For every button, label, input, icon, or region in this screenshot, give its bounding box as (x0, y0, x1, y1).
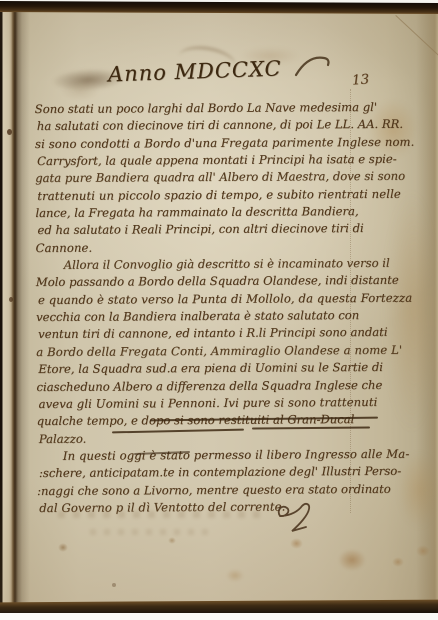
scan-margin-bottom (0, 613, 438, 620)
manuscript-line: Etore, la Squadra sud.a era piena di Uom… (38, 359, 376, 378)
manuscript-line: ventun tiri di cannone, ed intanto i R.l… (38, 324, 376, 343)
binding-gutter (0, 11, 30, 608)
page-title: Anno MDCCXC (108, 56, 309, 87)
manuscript-line: :schere, anticipatam.te in contemplazion… (39, 463, 377, 482)
manuscript-page: Anno MDCCXC 13 Sono stati un poco larghi… (0, 11, 438, 608)
manuscript-line: Molo passando a Bordo della Squadra Olan… (36, 272, 376, 291)
manuscript-line: ed ha salutato i Reali Principi, con alt… (37, 220, 375, 239)
foxing-spot (392, 557, 404, 567)
manuscript-line: trattenuti un piccolo spazio di tempo, e… (37, 186, 375, 205)
bleed-through-smudge (90, 529, 210, 535)
manuscript-line: :naggi che sono a Livorno, mentre questo… (37, 481, 377, 500)
manuscript-line: lance, la Fregata ha rammainato la descr… (35, 203, 375, 222)
foxing-spot (168, 537, 176, 544)
manuscript-line: ciascheduno Albero a differenza della Sq… (36, 376, 376, 395)
manuscript-line: ha salutati con diecinove tiri di cannon… (37, 116, 375, 135)
scan-frame: Anno MDCCXC 13 Sono stati un poco larghi… (0, 0, 438, 620)
manuscript-line: dal Governo p il dì Ventotto del corrent… (39, 498, 377, 517)
foxing-spot (226, 569, 244, 582)
swash-flourish-icon (294, 53, 334, 79)
manuscript-line: Carrysfort, la quale appena montati i Pr… (37, 151, 375, 170)
manuscript-line: In questi oggi è stato permesso il liber… (37, 446, 377, 465)
foxing-spot (58, 543, 68, 552)
manuscript-line: e quando è stato verso la Punta di Mollo… (38, 290, 376, 309)
foxing-spot (338, 549, 366, 571)
ink-speck (112, 583, 116, 587)
manuscript-line: Allora il Convoglio già descritto si è i… (38, 255, 376, 274)
ink-speck (7, 129, 12, 135)
scribal-paraph-icon (276, 500, 316, 536)
manuscript-line: gata pure Bandiera quadra all' Albero di… (35, 168, 375, 187)
text-block: Sono stati un poco larghi dal Bordo La N… (35, 99, 378, 517)
ink-speck (9, 297, 13, 302)
manuscript-line: Sono stati un poco larghi dal Bordo La N… (35, 99, 375, 118)
page-right-edge (416, 11, 438, 608)
manuscript-line: si sono condotti a Bordo d'una Fregata p… (35, 134, 375, 153)
page-number: 13 (351, 71, 369, 88)
manuscript-line: aveva gli Uomini su i Pennoni. Ivi pure … (39, 394, 377, 413)
foxing-spot (290, 538, 303, 549)
manuscript-line: a Bordo della Fregata Conti, Ammiraglio … (36, 342, 376, 361)
manuscript-line: vecchia con la Bandiera inalberata è sta… (36, 307, 376, 326)
book-edge-top (0, 1, 438, 14)
manuscript-line: Cannone. (36, 238, 376, 257)
